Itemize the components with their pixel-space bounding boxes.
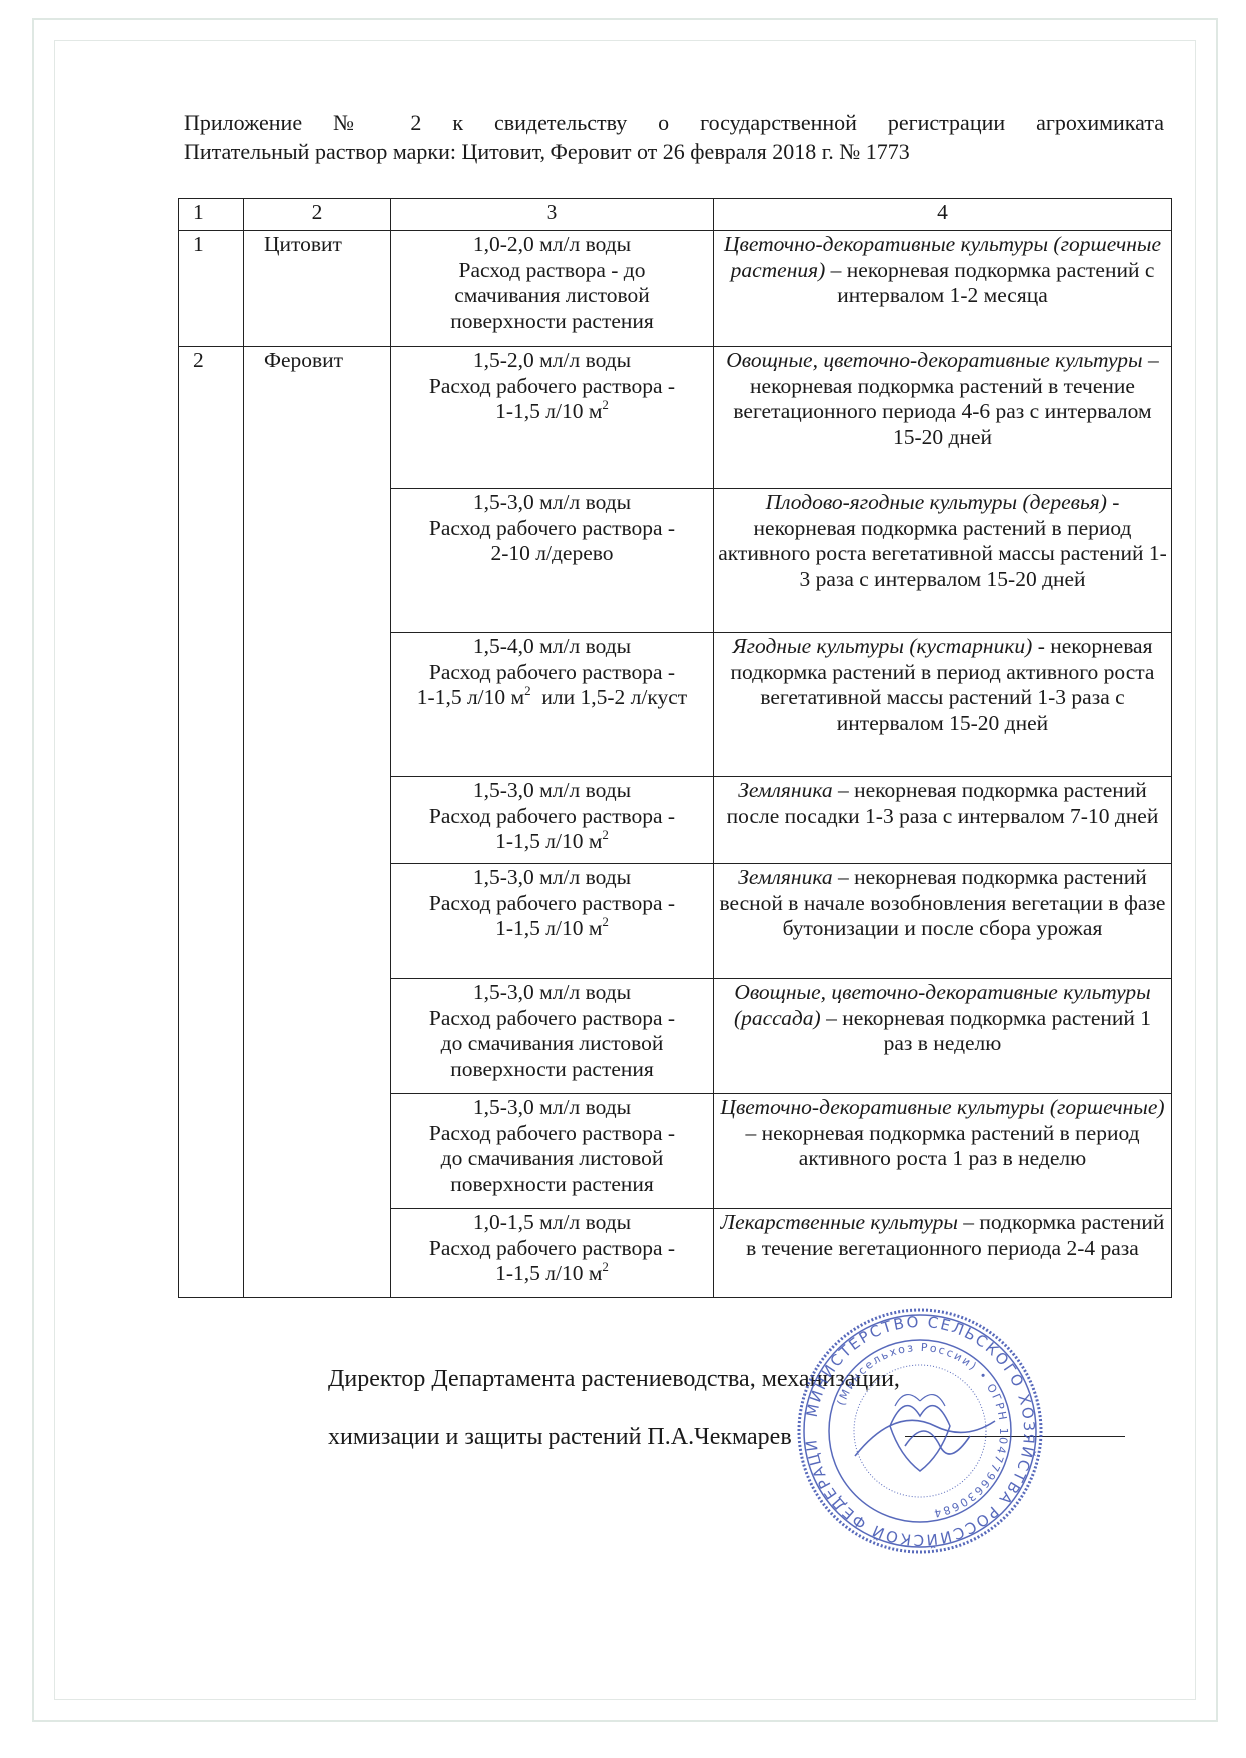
dosage-line: до смачивания листовой [395, 1031, 709, 1057]
application-cell: Лекарственные культуры – подкормка расте… [714, 1209, 1172, 1298]
dosage-text: 1-1,5 л/10 м [495, 829, 602, 853]
dosage-line: 1-1,5 л/10 м2 [395, 916, 709, 942]
crop-name: Земляника [738, 865, 832, 889]
dosage-line: смачивания листовой [395, 283, 709, 309]
dosage-line: поверхности растения [395, 1172, 709, 1198]
dosage-line: 1,5-3,0 мл/л воды [395, 865, 709, 891]
crop-name: Овощные, цветочно-декоративные культуры [726, 348, 1142, 372]
application-cell: Цветочно-декоративные культуры (горшечны… [714, 231, 1172, 347]
dosage-text: поверхности растения [450, 1057, 654, 1081]
header-line-2: Питательный раствор марки: Цитовит, Феро… [184, 137, 1164, 166]
dosage-text: 1,5-2,0 мл/л воды [473, 348, 631, 372]
crop-name: Лекарственные культуры [721, 1210, 958, 1234]
dosage-cell: 1,5-3,0 мл/л водыРасход рабочего раствор… [391, 1094, 714, 1209]
dosage-text: 1,0-1,5 мл/л воды [473, 1210, 631, 1234]
dosage-text: 1,5-4,0 мл/л воды [473, 634, 631, 658]
dosage-line: Расход рабочего раствора - [395, 804, 709, 830]
application-cell: Земляника – некорневая подкормка растени… [714, 864, 1172, 979]
crop-name: Земляника [738, 778, 832, 802]
dosage-line: Расход рабочего раствора - [395, 374, 709, 400]
dosage-text: до смачивания листовой [441, 1146, 664, 1170]
row-number: 2 [179, 347, 244, 1298]
dosage-text: Расход рабочего раствора - [429, 1006, 675, 1030]
dosage-cell: 1,5-3,0 мл/л водыРасход рабочего раствор… [391, 777, 714, 864]
dosage-line: 1,5-2,0 мл/л воды [395, 348, 709, 374]
superscript: 2 [602, 397, 609, 412]
dosage-line: 1,5-3,0 мл/л воды [395, 778, 709, 804]
dosage-tail: или 1,5-2 л/куст [531, 685, 688, 709]
dosage-text: 1,5-3,0 мл/л воды [473, 1095, 631, 1119]
dosage-line: поверхности растения [395, 1057, 709, 1083]
dosage-line: 1-1,5 л/10 м2 [395, 1261, 709, 1287]
dosage-text: Расход рабочего раствора - [429, 1236, 675, 1260]
application-cell: Овощные, цветочно-декоративные культуры … [714, 347, 1172, 489]
dosage-cell: 1,0-1,5 мл/л водыРасход рабочего раствор… [391, 1209, 714, 1298]
dosage-line: Расход рабочего раствора - [395, 891, 709, 917]
dosage-text: 1,5-3,0 мл/л воды [473, 980, 631, 1004]
dosage-line: 1,0-2,0 мл/л воды [395, 232, 709, 258]
column-header: 1 [179, 199, 244, 231]
dosage-line: 1,5-3,0 мл/л воды [395, 980, 709, 1006]
dosage-text: поверхности растения [450, 1172, 654, 1196]
application-cell: Ягодные культуры (кустарники) - некорнев… [714, 633, 1172, 777]
dosage-text: Расход рабочего раствора - [429, 660, 675, 684]
usage-text: – некорневая подкормка растений с интерв… [825, 258, 1154, 308]
application-table: 1 2 3 4 1Цитовит1,0-2,0 мл/л водыРасход … [178, 198, 1172, 1298]
dosage-text: 2-10 л/дерево [490, 541, 613, 565]
dosage-text: до смачивания листовой [441, 1031, 664, 1055]
dosage-text: Расход рабочего раствора - [429, 804, 675, 828]
dosage-line: 1,0-1,5 мл/л воды [395, 1210, 709, 1236]
dosage-line: Расход рабочего раствора - [395, 516, 709, 542]
dosage-text: смачивания листовой [454, 283, 650, 307]
dosage-text: 1,0-2,0 мл/л воды [473, 232, 631, 256]
dosage-text: Расход рабочего раствора - [429, 516, 675, 540]
crop-name: Плодово-ягодные культуры (деревья) [766, 490, 1107, 514]
dosage-line: 1-1,5 л/10 м2 [395, 829, 709, 855]
dosage-cell: 1,5-3,0 мл/л водыРасход рабочего раствор… [391, 979, 714, 1094]
dosage-cell: 1,5-2,0 мл/л водыРасход рабочего раствор… [391, 347, 714, 489]
crop-name: Ягодные культуры (кустарники) [733, 634, 1033, 658]
header-line-1: Приложение № 2 к свидетельству о государ… [184, 108, 1164, 137]
crop-name: Цветочно-декоративные культуры (горшечны… [720, 1095, 1164, 1119]
dosage-line: Расход рабочего раствора - [395, 1121, 709, 1147]
dosage-text: Расход рабочего раствора - [429, 891, 675, 915]
table-row: 2Феровит1,5-2,0 мл/л водыРасход рабочего… [179, 347, 1172, 489]
dosage-line: Расход раствора - до [395, 258, 709, 284]
dosage-cell: 1,0-2,0 мл/л водыРасход раствора - досма… [391, 231, 714, 347]
dosage-cell: 1,5-4,0 мл/л водыРасход рабочего раствор… [391, 633, 714, 777]
dosage-cell: 1,5-3,0 мл/л водыРасход рабочего раствор… [391, 864, 714, 979]
dosage-text: 1,5-3,0 мл/л воды [473, 865, 631, 889]
application-cell: Земляника – некорневая подкормка растени… [714, 777, 1172, 864]
column-header: 4 [714, 199, 1172, 231]
dosage-line: 1,5-4,0 мл/л воды [395, 634, 709, 660]
dosage-text: 1-1,5 л/10 м [495, 399, 602, 423]
usage-text: – некорневая подкормка растений в период… [745, 1121, 1139, 1171]
dosage-text: 1-1,5 л/10 м [495, 916, 602, 940]
dosage-line: 1,5-3,0 мл/л воды [395, 1095, 709, 1121]
dosage-line: до смачивания листовой [395, 1146, 709, 1172]
dosage-line: Расход рабочего раствора - [395, 1236, 709, 1262]
document-header: Приложение № 2 к свидетельству о государ… [184, 108, 1164, 166]
dosage-line: 1-1,5 л/10 м2 или 1,5-2 л/куст [395, 685, 709, 711]
usage-text: – некорневая подкормка растений 1 раз в … [821, 1006, 1151, 1056]
dosage-text: 1,5-3,0 мл/л воды [473, 778, 631, 802]
official-stamp-icon: МИНИСТЕРСТВО СЕЛЬСКОГО ХОЗЯЙСТВА РОССИЙС… [795, 1306, 1045, 1556]
table-header-row: 1 2 3 4 [179, 199, 1172, 231]
dosage-line: 2-10 л/дерево [395, 541, 709, 567]
dosage-text: Расход рабочего раствора - [429, 1121, 675, 1145]
application-cell: Цветочно-декоративные культуры (горшечны… [714, 1094, 1172, 1209]
table-row: 1Цитовит1,0-2,0 мл/л водыРасход раствора… [179, 231, 1172, 347]
dosage-text: 1-1,5 л/10 м [495, 1261, 602, 1285]
column-header: 3 [391, 199, 714, 231]
product-name: Цитовит [244, 231, 391, 347]
row-number: 1 [179, 231, 244, 347]
dosage-text: 1-1,5 л/10 м [417, 685, 524, 709]
superscript: 2 [602, 827, 609, 842]
dosage-cell: 1,5-3,0 мл/л водыРасход рабочего раствор… [391, 489, 714, 633]
dosage-line: поверхности растения [395, 309, 709, 335]
superscript: 2 [602, 914, 609, 929]
dosage-text: Расход рабочего раствора - [429, 374, 675, 398]
superscript: 2 [602, 1259, 609, 1274]
dosage-text: поверхности растения [450, 309, 654, 333]
dosage-text: Расход раствора - до [458, 258, 645, 282]
dosage-line: 1,5-3,0 мл/л воды [395, 490, 709, 516]
dosage-line: Расход рабочего раствора - [395, 1006, 709, 1032]
dosage-line: Расход рабочего раствора - [395, 660, 709, 686]
column-header: 2 [244, 199, 391, 231]
application-cell: Овощные, цветочно-декоративные культуры … [714, 979, 1172, 1094]
product-name: Феровит [244, 347, 391, 1298]
dosage-line: 1-1,5 л/10 м2 [395, 399, 709, 425]
dosage-text: 1,5-3,0 мл/л воды [473, 490, 631, 514]
application-cell: Плодово-ягодные культуры (деревья) - нек… [714, 489, 1172, 633]
